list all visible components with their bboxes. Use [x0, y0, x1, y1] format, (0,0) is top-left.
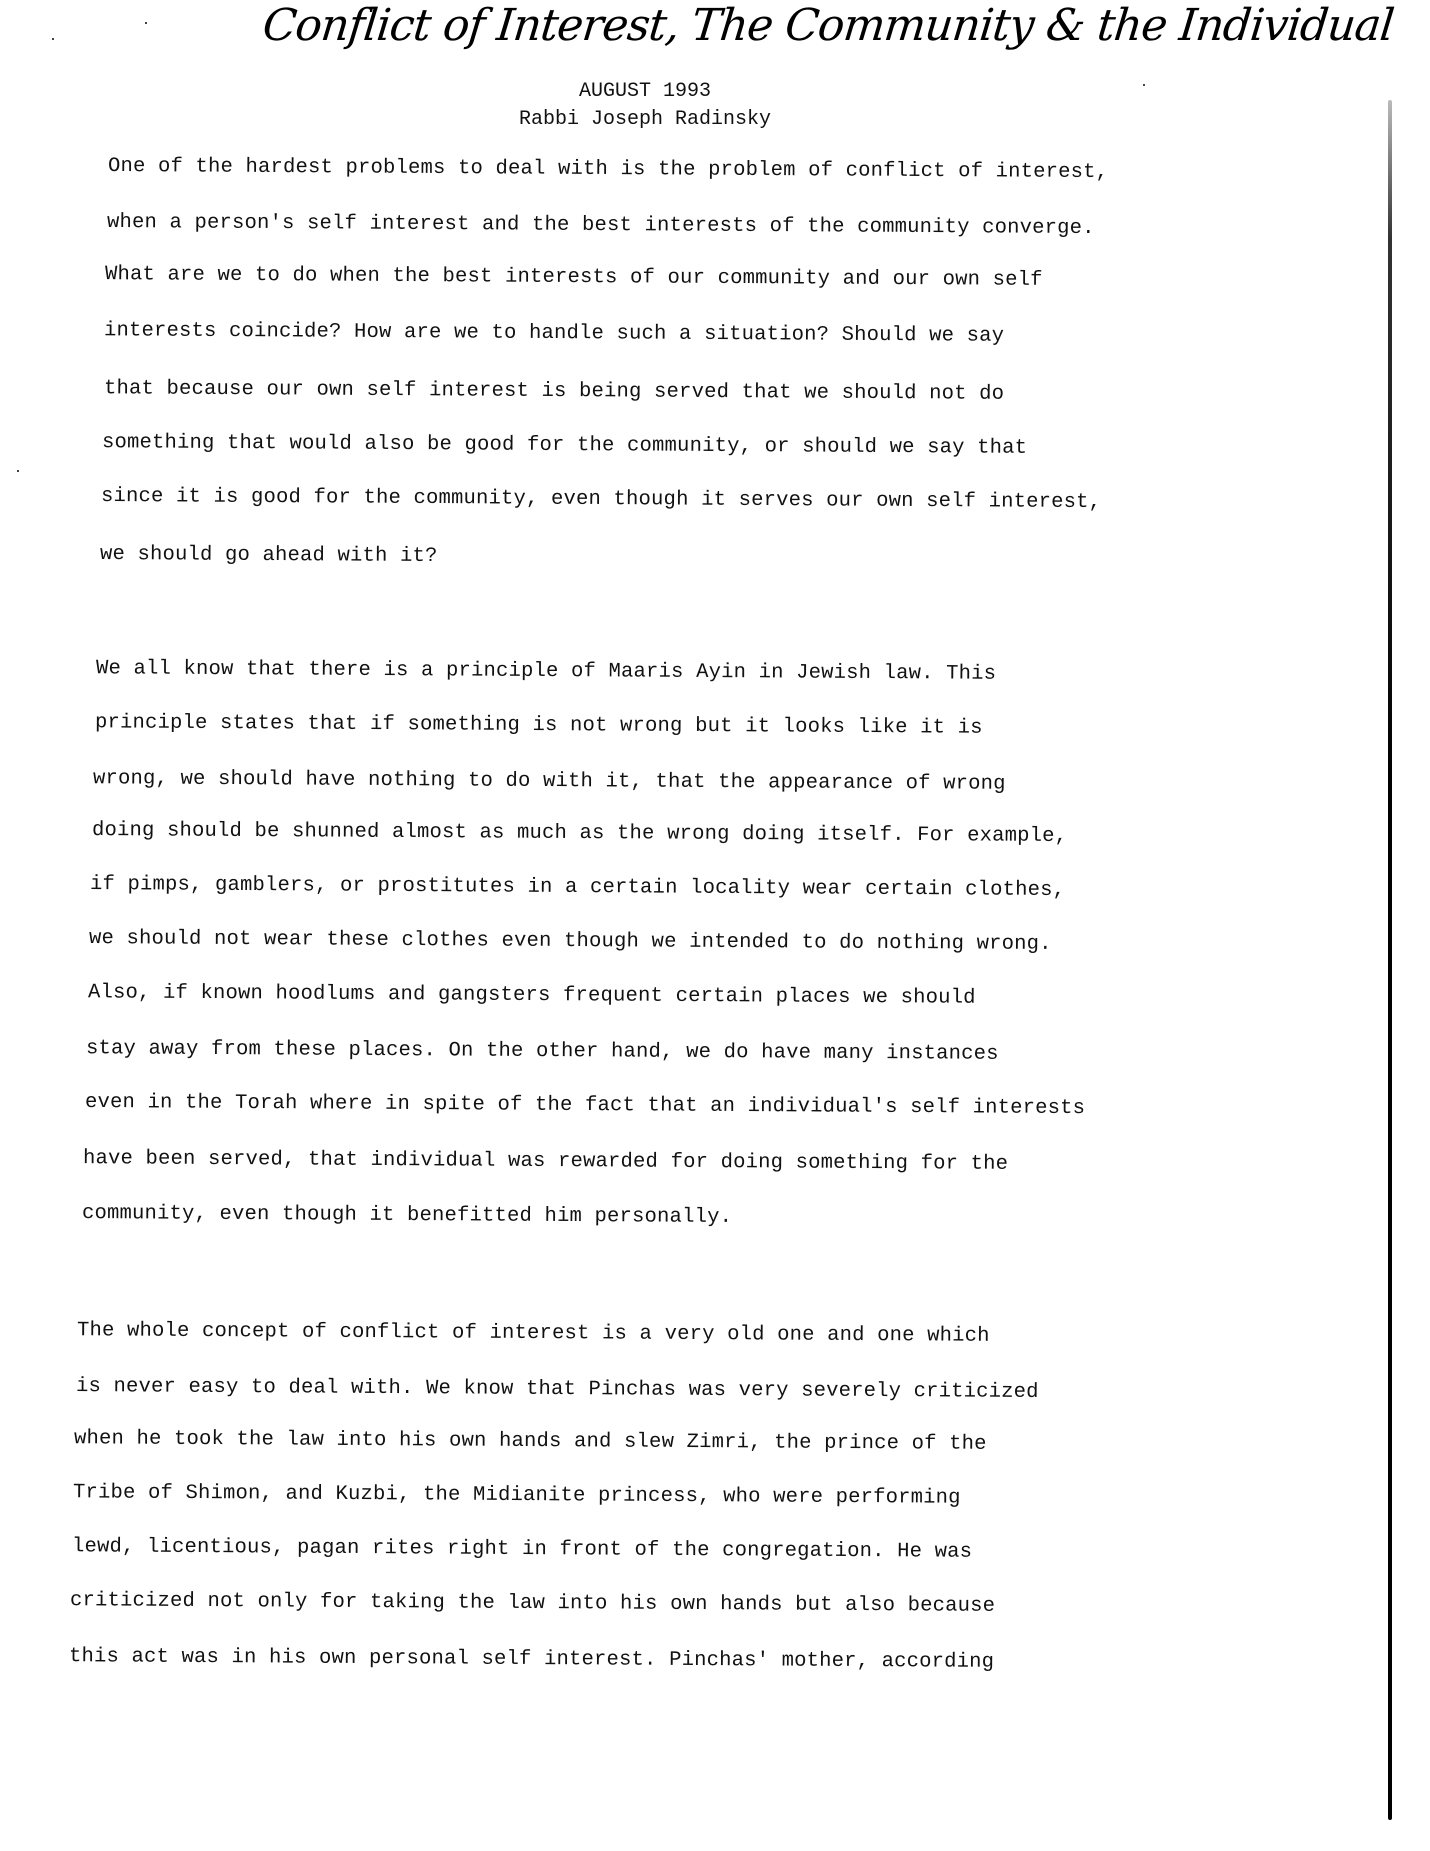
- text-line: that because our own self interest is be…: [104, 377, 1004, 405]
- text-line: when he took the law into his own hands …: [74, 1427, 987, 1456]
- text-line: Also, if known hoodlums and gangsters fr…: [88, 981, 976, 1009]
- text-line: lewd, licentious, pagan rites right in f…: [72, 1535, 972, 1563]
- document-author: Rabbi Joseph Radinsky: [0, 108, 1290, 131]
- text-line: The whole concept of conflict of interes…: [77, 1319, 990, 1348]
- text-line: community, even though it benefitted him…: [82, 1202, 732, 1229]
- text-line: when a person's self interest and the be…: [107, 211, 1095, 240]
- scan-speck: [1143, 84, 1145, 86]
- scan-speck: [52, 38, 54, 40]
- text-line: even in the Torah where in spite of the …: [85, 1091, 1085, 1120]
- text-line: We all know that there is a principle of…: [96, 657, 996, 685]
- text-line: we should go ahead with it?: [100, 543, 438, 568]
- text-line: interests coincide? How are we to handle…: [104, 319, 1004, 347]
- scan-edge-bar: [1388, 100, 1392, 1820]
- text-line: we should not wear these clothes even th…: [89, 927, 1052, 956]
- text-line: stay away from these places. On the othe…: [86, 1037, 999, 1066]
- handwritten-title: Conflict of Interest, The Community & th…: [258, 0, 1095, 70]
- text-line: something that would also be good for th…: [102, 431, 1027, 460]
- text-line: What are we to do when the best interest…: [105, 263, 1043, 292]
- text-line: this act was in his own personal self in…: [69, 1645, 994, 1674]
- text-line: have been served, that individual was re…: [83, 1147, 1008, 1176]
- text-line: Tribe of Shimon, and Kuzbi, the Midianit…: [73, 1481, 961, 1509]
- text-line: if pimps, gamblers, or prostitutes in a …: [90, 873, 1065, 902]
- text-line: doing should be shunned almost as much a…: [92, 819, 1067, 848]
- text-line: wrong, we should have nothing to do with…: [93, 767, 1006, 796]
- text-line: principle states that if something is no…: [95, 711, 983, 739]
- document-page: Conflict of Interest, The Community & th…: [0, 0, 1430, 1851]
- text-line: One of the hardest problems to deal with…: [108, 155, 1108, 184]
- text-line: is never easy to deal with. We know that…: [76, 1375, 1039, 1404]
- scan-speck: [17, 470, 19, 472]
- document-date: AUGUST 1993: [0, 80, 1290, 103]
- text-line: criticized not only for taking the law i…: [70, 1589, 995, 1618]
- text-line: since it is good for the community, even…: [101, 485, 1101, 514]
- scan-speck: [145, 22, 147, 24]
